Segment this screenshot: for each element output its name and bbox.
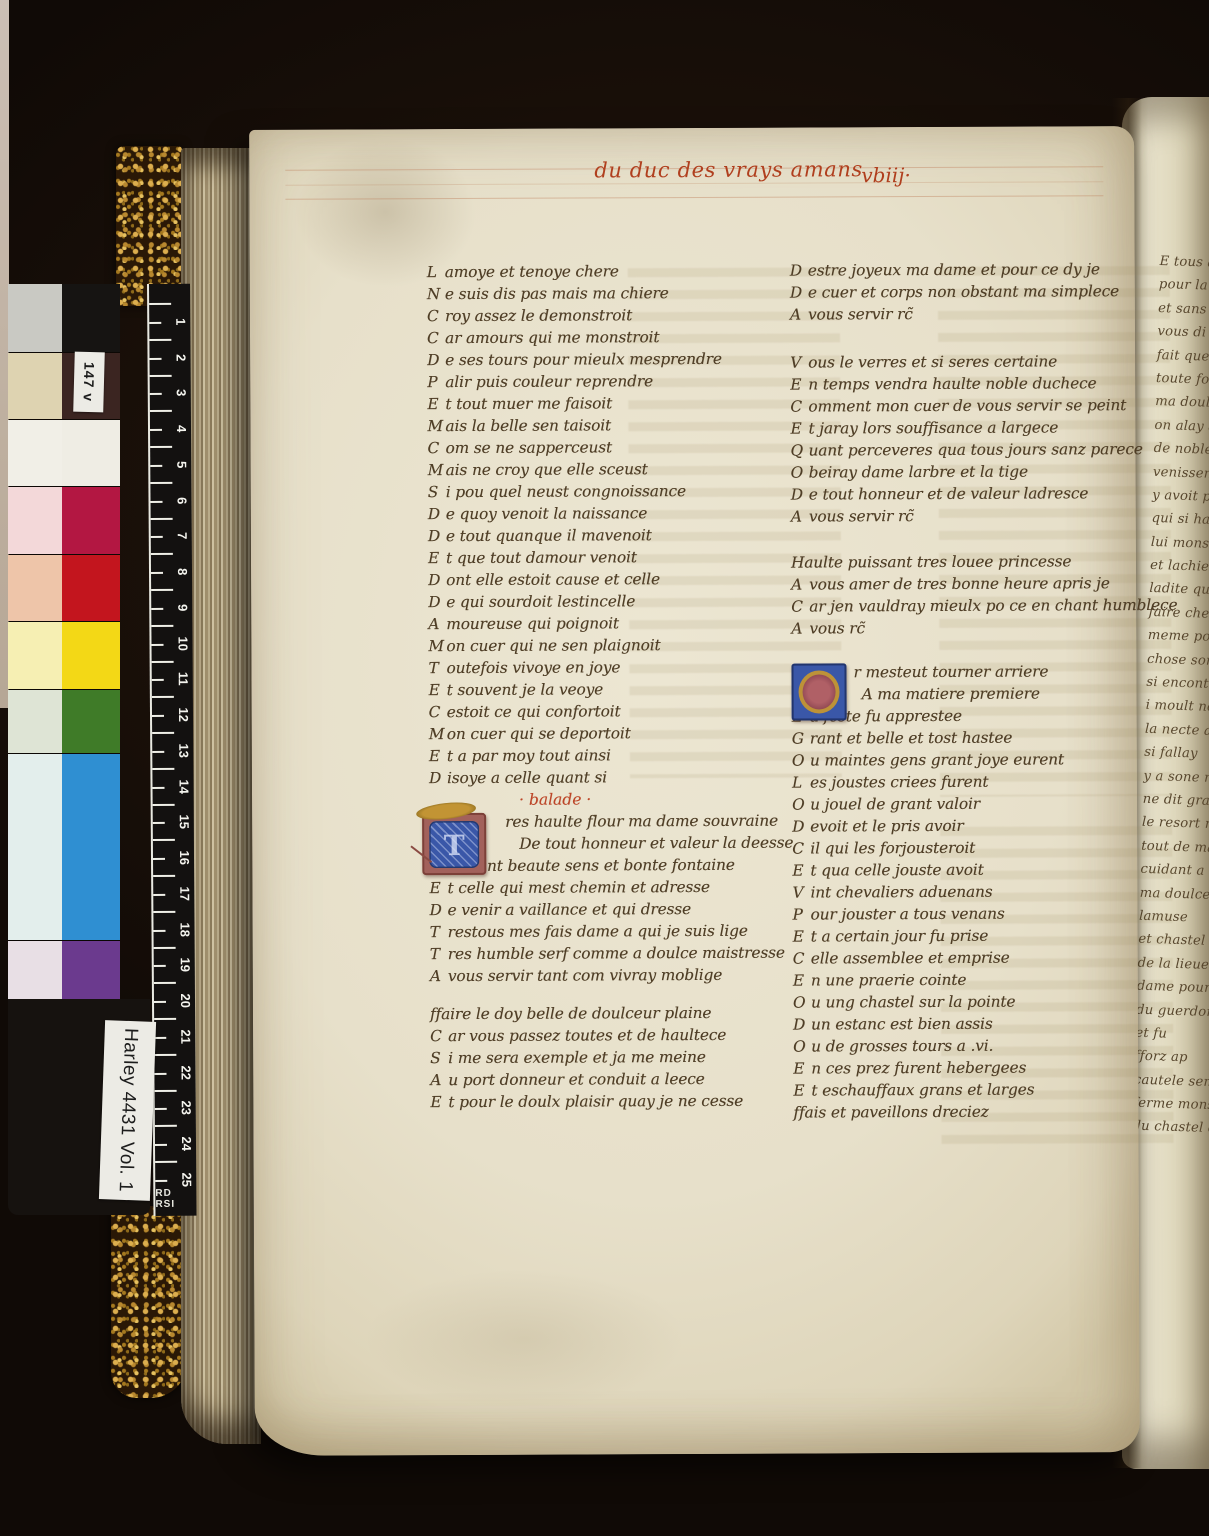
verse-line: Car amours qui me monstroit bbox=[427, 326, 772, 350]
color-checker-row bbox=[8, 487, 120, 555]
verse-line: En une praerie cointe bbox=[793, 968, 1138, 992]
verse-line: De ses tours pour mieulx mesprendre bbox=[427, 348, 772, 372]
initial-field: T bbox=[429, 821, 479, 868]
verse-line: Mais la belle sen taisoit bbox=[427, 414, 772, 438]
verse-line: De cuer et corps non obstant ma simplece bbox=[790, 280, 1135, 304]
verse-line: Et a par moy tout ainsi bbox=[429, 744, 774, 768]
verse-line: Mon cuer qui se deportoit bbox=[429, 722, 774, 746]
verse-line: ffais et paveillons dreciez bbox=[793, 1100, 1138, 1124]
verse-line: Tres humble serf comme a doulce maistres… bbox=[430, 942, 775, 966]
verse-line: Pour jouster a tous venans bbox=[792, 902, 1137, 926]
folio-sticker: 147 v bbox=[73, 352, 105, 413]
verse-line: Croy assez le demonstroit bbox=[427, 304, 772, 328]
rubric-balade: · balade · bbox=[429, 788, 774, 812]
verse-line: Et pour le doulx plaisir quay je ne cess… bbox=[430, 1090, 775, 1114]
grayscale-strip bbox=[119, 286, 147, 1000]
ruler-segment: 15 bbox=[153, 804, 194, 840]
ruler-segment: 10 bbox=[151, 625, 192, 661]
ruler-segment: 9 bbox=[151, 590, 192, 626]
verse-line: Grant et belle et tost hastee bbox=[792, 726, 1137, 750]
gilt-edge-top bbox=[116, 146, 182, 306]
color-checker-row bbox=[8, 754, 120, 941]
running-title: du duc des vrays amans bbox=[594, 157, 863, 182]
verse-line: Celle assemblee et emprise bbox=[793, 946, 1138, 970]
verse-line: Car vous passez toutes et de haultece bbox=[430, 1024, 775, 1048]
ruler-segment: 6 bbox=[150, 482, 191, 518]
color-patch-pale bbox=[8, 420, 62, 486]
color-patch-pale bbox=[8, 690, 62, 753]
color-patch-pale bbox=[8, 754, 62, 940]
color-patch-saturated bbox=[62, 754, 120, 940]
verse-line: En temps vendra haulte noble duchece bbox=[790, 372, 1135, 396]
color-patch-pale bbox=[8, 487, 62, 554]
verse-line: Ou de grosses tours a .vi. bbox=[793, 1034, 1138, 1058]
ruler-segment: 18 bbox=[153, 911, 194, 947]
verse-line: De tout honneur et de valeur ladresce bbox=[791, 482, 1136, 506]
verse-line: Destre joyeux ma dame et pour ce dy je bbox=[790, 258, 1135, 282]
illuminated-initial-T: T bbox=[422, 813, 486, 875]
verse-line: Vous le verres et si seres certaine bbox=[790, 350, 1135, 374]
manuscript-page: du duc des vrays amans vbiij· Lamoye et … bbox=[249, 126, 1140, 1456]
verse-line: Dont elle estoit cause et celle bbox=[428, 568, 773, 592]
color-patch-saturated bbox=[62, 284, 120, 352]
initial-letter: T bbox=[429, 829, 479, 862]
verse-line: Au port donneur et conduit a leece bbox=[430, 1068, 775, 1092]
ruler-segment: 22 bbox=[154, 1054, 195, 1090]
verse-block: La feste fu appresteeGrant et belle et t… bbox=[792, 704, 1139, 1124]
ruler-segment: 8 bbox=[151, 554, 192, 590]
ruler-segment: 7 bbox=[151, 518, 192, 554]
ruler-segment: 16 bbox=[153, 840, 194, 876]
verse-line: Avous servir rc̃ bbox=[791, 504, 1136, 528]
verse-line: Mais ne croy que elle sceust bbox=[428, 458, 773, 482]
verse-line: Avous amer de tres bonne heure apris je bbox=[791, 572, 1136, 596]
parchment-stain bbox=[364, 1268, 685, 1409]
color-checker-row bbox=[8, 622, 120, 690]
verse-line: De venir a vaillance et qui dresse bbox=[429, 898, 774, 922]
verse-line: Ou jouel de grant valoir bbox=[792, 792, 1137, 816]
verse-line: Comment mon cuer de vous servir se peint bbox=[790, 394, 1135, 418]
verse-line: Et tout muer me faisoit bbox=[427, 392, 772, 416]
verse-line: Avous servir tant com vivray moblige bbox=[430, 964, 775, 988]
ruler-segment: 5 bbox=[150, 447, 191, 483]
ruler-segment: 19 bbox=[154, 947, 195, 983]
verse-line: Palir puis couleur reprendre bbox=[427, 370, 772, 394]
color-patch-saturated bbox=[62, 555, 120, 621]
verse-line: De qui sourdoit lestincelle bbox=[428, 590, 773, 614]
verse-line: Cil qui les forjousteroit bbox=[792, 836, 1137, 860]
verse-line: Quant perceveres qua tous jours sanz par… bbox=[790, 438, 1135, 462]
verse-line: Toutefois vivoye en joye bbox=[428, 656, 773, 680]
verse-block: Haulte puissant tres louee princesseAvou… bbox=[791, 550, 1136, 640]
ruler-segment: 3 bbox=[150, 375, 191, 411]
verse-line: Dun estanc est bien assis bbox=[793, 1012, 1138, 1036]
verse-line: Haulte puissant tres louee princesse bbox=[791, 550, 1136, 574]
folio-numeral: vbiij· bbox=[861, 163, 911, 187]
verse-line: Mon cuer qui ne sen plaignoit bbox=[428, 634, 773, 658]
color-patch-saturated bbox=[62, 690, 120, 753]
verse-line: Avous servir rc̃ bbox=[790, 302, 1135, 326]
color-checker-row bbox=[8, 941, 120, 1008]
verse-line: Si pou quel neust congnoissance bbox=[428, 480, 773, 504]
initial-letter-O bbox=[798, 670, 839, 713]
color-checker-row bbox=[8, 555, 120, 622]
shelfmark-label: Harley 4431 Vol. 1 bbox=[114, 1028, 142, 1193]
verse-line: Com se ne sapperceust bbox=[427, 436, 772, 460]
verse-line: Vint chevaliers aduenans bbox=[792, 880, 1137, 904]
verse-line: Car jen vauldray mieulx po ce en chant h… bbox=[791, 594, 1136, 618]
verse-line: Amoureuse qui poignoit bbox=[428, 612, 773, 636]
verse-line: Les joustes criees furent bbox=[792, 770, 1137, 794]
color-patch-pale bbox=[8, 353, 62, 419]
color-patch-saturated bbox=[62, 622, 120, 689]
verse-line: En ces prez furent hebergees bbox=[793, 1056, 1138, 1080]
verse-line: Ou maintes gens grant joye eurent bbox=[792, 748, 1137, 772]
ruler: 1234567891011121314151617181920212223242… bbox=[147, 284, 197, 1216]
color-patch-pale bbox=[8, 941, 62, 1007]
photograph-stage: E tous avoipour la festeet sans que plvo… bbox=[0, 0, 1209, 1536]
color-checker-row bbox=[8, 284, 120, 353]
gold-leaf-ornament bbox=[415, 800, 476, 822]
verse-line: Ne suis dis pas mais ma chiere bbox=[427, 282, 772, 306]
ruler-segment: 14 bbox=[152, 768, 193, 804]
color-patch-saturated bbox=[62, 487, 120, 554]
ruler-segment: 21 bbox=[154, 1019, 195, 1055]
color-patch-pale bbox=[8, 555, 62, 621]
verse-line: Et celle qui mest chemin et adresse bbox=[429, 876, 774, 900]
verse-line: ffaire le doy belle de doulceur plaine bbox=[430, 1002, 775, 1026]
verse-line: De quoy venoit la naissance bbox=[428, 502, 773, 526]
ruler-segment: 4 bbox=[150, 411, 191, 447]
illuminated-initial-O bbox=[791, 663, 846, 720]
color-patch-pale bbox=[8, 284, 62, 352]
verse-line: Ou ung chastel sur la pointe bbox=[793, 990, 1138, 1014]
color-patch-saturated bbox=[62, 420, 120, 486]
verse-line: Et a certain jour fu prise bbox=[793, 924, 1138, 948]
verse-block: ffaire le doy belle de doulceur plaineCa… bbox=[430, 1002, 775, 1114]
ruler-top bbox=[149, 284, 190, 304]
verse-line: Si me sera exemple et ja me meine bbox=[430, 1046, 775, 1070]
ruler-segment: 12 bbox=[152, 697, 193, 733]
verse-line: Et jaray lors souffisance a largece bbox=[790, 416, 1135, 440]
ruler-segment: 2 bbox=[149, 339, 190, 375]
text-column-left: Lamoye et tenoye chereNe suis dis pas ma… bbox=[427, 260, 776, 1113]
color-patch-saturated bbox=[62, 941, 120, 1007]
verse-line: Avous rc̃ bbox=[791, 616, 1136, 640]
ruler-segment: 20 bbox=[154, 983, 195, 1019]
color-checker-row bbox=[8, 420, 120, 487]
verse-line: Et eschauffaux grans et larges bbox=[793, 1078, 1138, 1102]
ruler-segment: 13 bbox=[152, 733, 193, 769]
ruler-scale: 1234567891011121314151617181920212223242… bbox=[149, 304, 196, 1198]
verse-block: Vous le verres et si seres certaineEn te… bbox=[790, 350, 1136, 528]
ruler-segment: 1 bbox=[149, 304, 190, 340]
ruler-brand: RD RSI bbox=[155, 1188, 193, 1210]
verse-line: Cestoit ce qui confortoit bbox=[429, 700, 774, 724]
verse-block: Destre joyeux ma dame et pour ce dy jeDe… bbox=[790, 258, 1135, 326]
folio-sticker-label: 147 v bbox=[80, 362, 97, 402]
verse-line: Et que tout damour venoit bbox=[428, 546, 773, 570]
ruler-segment: 24 bbox=[155, 1126, 196, 1162]
verse-line: Devoit et le pris avoir bbox=[792, 814, 1137, 838]
text-column-right: Destre joyeux ma dame et pour ce dy jeDe… bbox=[790, 258, 1139, 1123]
ruler-segment: 11 bbox=[152, 661, 193, 697]
verse-line: Trestous mes fais dame a qui je suis lig… bbox=[430, 920, 775, 944]
ruler-segment: 23 bbox=[155, 1090, 196, 1126]
verse-line: Disoye a celle quant si bbox=[429, 766, 774, 790]
color-checker-row bbox=[8, 690, 120, 754]
verse-block: Lamoye et tenoye chereNe suis dis pas ma… bbox=[427, 260, 774, 790]
verse-line: Obeiray dame larbre et la tige bbox=[791, 460, 1136, 484]
verse-line: Et souvent je la veoye bbox=[429, 678, 774, 702]
verse-line: Lamoye et tenoye chere bbox=[427, 260, 772, 284]
verse-line: Et qua celle jouste avoit bbox=[792, 858, 1137, 882]
shelfmark-sticker: Harley 4431 Vol. 1 bbox=[99, 1020, 156, 1201]
gilt-edge-bottom bbox=[111, 1206, 187, 1398]
verse-line: De tout quanque il mavenoit bbox=[428, 524, 773, 548]
color-patch-pale bbox=[8, 622, 62, 689]
ruler-segment: 17 bbox=[153, 876, 194, 912]
